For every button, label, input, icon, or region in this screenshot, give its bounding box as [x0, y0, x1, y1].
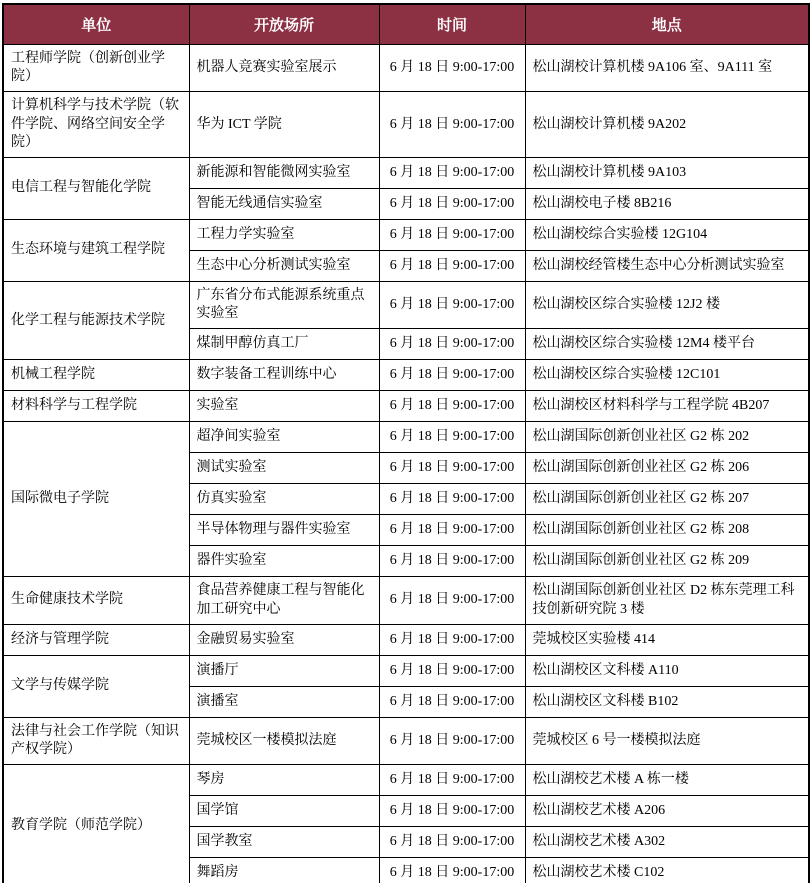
venue-cell: 智能无线通信实验室: [189, 188, 379, 219]
table-row: 教育学院（师范学院）琴房6 月 18 日 9:00-17:00松山湖校艺术楼 A…: [3, 765, 809, 796]
unit-cell: 文学与传媒学院: [3, 655, 189, 717]
time-cell: 6 月 18 日 9:00-17:00: [379, 624, 525, 655]
unit-cell: 工程师学院（创新创业学院）: [3, 45, 189, 92]
time-cell: 6 月 18 日 9:00-17:00: [379, 157, 525, 188]
location-cell: 松山湖校区综合实验楼 12C101: [525, 360, 809, 391]
unit-cell: 生态环境与建筑工程学院: [3, 219, 189, 281]
location-cell: 松山湖国际创新创业社区 G2 栋 209: [525, 546, 809, 577]
time-cell: 6 月 18 日 9:00-17:00: [379, 281, 525, 328]
header-cell-time: 时间: [379, 4, 525, 45]
location-cell: 松山湖校区综合实验楼 12J2 楼: [525, 281, 809, 328]
table-row: 生态环境与建筑工程学院工程力学实验室6 月 18 日 9:00-17:00松山湖…: [3, 219, 809, 250]
location-cell: 松山湖校计算机楼 9A202: [525, 92, 809, 158]
time-cell: 6 月 18 日 9:00-17:00: [379, 219, 525, 250]
location-cell: 松山湖校区文科楼 B102: [525, 686, 809, 717]
table-row: 国际微电子学院超净间实验室6 月 18 日 9:00-17:00松山湖国际创新创…: [3, 422, 809, 453]
venue-cell: 华为 ICT 学院: [189, 92, 379, 158]
time-cell: 6 月 18 日 9:00-17:00: [379, 45, 525, 92]
time-cell: 6 月 18 日 9:00-17:00: [379, 717, 525, 764]
unit-cell: 机械工程学院: [3, 360, 189, 391]
location-cell: 松山湖校计算机楼 9A106 室、9A111 室: [525, 45, 809, 92]
header-cell-location: 地点: [525, 4, 809, 45]
time-cell: 6 月 18 日 9:00-17:00: [379, 858, 525, 883]
unit-cell: 化学工程与能源技术学院: [3, 281, 189, 359]
location-cell: 松山湖国际创新创业社区 G2 栋 202: [525, 422, 809, 453]
venue-cell: 半导体物理与器件实验室: [189, 515, 379, 546]
location-cell: 松山湖国际创新创业社区 D2 栋东莞理工科技创新研究院 3 楼: [525, 577, 809, 624]
venue-cell: 超净间实验室: [189, 422, 379, 453]
table-row: 计算机科学与技术学院（软件学院、网络空间安全学院）华为 ICT 学院6 月 18…: [3, 92, 809, 158]
venue-cell: 国学教室: [189, 827, 379, 858]
table-row: 生命健康技术学院食品营养健康工程与智能化加工研究中心6 月 18 日 9:00-…: [3, 577, 809, 624]
venue-cell: 测试实验室: [189, 453, 379, 484]
page: 单位 开放场所 时间 地点 工程师学院（创新创业学院）机器人竞赛实验室展示6 月…: [0, 0, 810, 883]
time-cell: 6 月 18 日 9:00-17:00: [379, 360, 525, 391]
venue-cell: 实验室: [189, 391, 379, 422]
time-cell: 6 月 18 日 9:00-17:00: [379, 765, 525, 796]
location-cell: 松山湖校艺术楼 A 栋一楼: [525, 765, 809, 796]
unit-cell: 计算机科学与技术学院（软件学院、网络空间安全学院）: [3, 92, 189, 158]
unit-cell: 法律与社会工作学院（知识产权学院）: [3, 717, 189, 764]
time-cell: 6 月 18 日 9:00-17:00: [379, 655, 525, 686]
table-row: 法律与社会工作学院（知识产权学院）莞城校区一楼模拟法庭6 月 18 日 9:00…: [3, 717, 809, 764]
location-cell: 松山湖校经管楼生态中心分析测试实验室: [525, 250, 809, 281]
location-cell: 松山湖国际创新创业社区 G2 栋 207: [525, 484, 809, 515]
time-cell: 6 月 18 日 9:00-17:00: [379, 92, 525, 158]
location-cell: 松山湖校电子楼 8B216: [525, 188, 809, 219]
venue-cell: 金融贸易实验室: [189, 624, 379, 655]
location-cell: 松山湖校艺术楼 C102: [525, 858, 809, 883]
venue-cell: 新能源和智能微网实验室: [189, 157, 379, 188]
venue-cell: 煤制甲醇仿真工厂: [189, 329, 379, 360]
time-cell: 6 月 18 日 9:00-17:00: [379, 422, 525, 453]
time-cell: 6 月 18 日 9:00-17:00: [379, 188, 525, 219]
table-row: 材料科学与工程学院实验室6 月 18 日 9:00-17:00松山湖校区材料科学…: [3, 391, 809, 422]
time-cell: 6 月 18 日 9:00-17:00: [379, 484, 525, 515]
table-row: 文学与传媒学院演播厅6 月 18 日 9:00-17:00松山湖校区文科楼 A1…: [3, 655, 809, 686]
time-cell: 6 月 18 日 9:00-17:00: [379, 796, 525, 827]
table-body: 工程师学院（创新创业学院）机器人竞赛实验室展示6 月 18 日 9:00-17:…: [3, 45, 809, 883]
table-row: 机械工程学院数字装备工程训练中心6 月 18 日 9:00-17:00松山湖校区…: [3, 360, 809, 391]
time-cell: 6 月 18 日 9:00-17:00: [379, 250, 525, 281]
venue-cell: 仿真实验室: [189, 484, 379, 515]
time-cell: 6 月 18 日 9:00-17:00: [379, 329, 525, 360]
location-cell: 松山湖校综合实验楼 12G104: [525, 219, 809, 250]
time-cell: 6 月 18 日 9:00-17:00: [379, 453, 525, 484]
venue-cell: 演播室: [189, 686, 379, 717]
venue-cell: 器件实验室: [189, 546, 379, 577]
venue-cell: 广东省分布式能源系统重点实验室: [189, 281, 379, 328]
table-header: 单位 开放场所 时间 地点: [3, 4, 809, 45]
venue-cell: 工程力学实验室: [189, 219, 379, 250]
venue-cell: 生态中心分析测试实验室: [189, 250, 379, 281]
venue-cell: 机器人竞赛实验室展示: [189, 45, 379, 92]
location-cell: 松山湖校区文科楼 A110: [525, 655, 809, 686]
header-cell-unit: 单位: [3, 4, 189, 45]
venue-cell: 数字装备工程训练中心: [189, 360, 379, 391]
location-cell: 松山湖国际创新创业社区 G2 栋 206: [525, 453, 809, 484]
unit-cell: 国际微电子学院: [3, 422, 189, 577]
unit-cell: 教育学院（师范学院）: [3, 765, 189, 883]
location-cell: 松山湖校区综合实验楼 12M4 楼平台: [525, 329, 809, 360]
open-day-table: 单位 开放场所 时间 地点 工程师学院（创新创业学院）机器人竞赛实验室展示6 月…: [2, 3, 810, 883]
table-row: 工程师学院（创新创业学院）机器人竞赛实验室展示6 月 18 日 9:00-17:…: [3, 45, 809, 92]
table-row: 电信工程与智能化学院新能源和智能微网实验室6 月 18 日 9:00-17:00…: [3, 157, 809, 188]
venue-cell: 食品营养健康工程与智能化加工研究中心: [189, 577, 379, 624]
location-cell: 莞城校区实验楼 414: [525, 624, 809, 655]
table-row: 经济与管理学院金融贸易实验室6 月 18 日 9:00-17:00莞城校区实验楼…: [3, 624, 809, 655]
time-cell: 6 月 18 日 9:00-17:00: [379, 577, 525, 624]
table-row: 化学工程与能源技术学院广东省分布式能源系统重点实验室6 月 18 日 9:00-…: [3, 281, 809, 328]
time-cell: 6 月 18 日 9:00-17:00: [379, 391, 525, 422]
header-row: 单位 开放场所 时间 地点: [3, 4, 809, 45]
unit-cell: 材料科学与工程学院: [3, 391, 189, 422]
venue-cell: 国学馆: [189, 796, 379, 827]
venue-cell: 演播厅: [189, 655, 379, 686]
venue-cell: 琴房: [189, 765, 379, 796]
location-cell: 莞城校区 6 号一楼模拟法庭: [525, 717, 809, 764]
location-cell: 松山湖国际创新创业社区 G2 栋 208: [525, 515, 809, 546]
location-cell: 松山湖校艺术楼 A302: [525, 827, 809, 858]
venue-cell: 舞蹈房: [189, 858, 379, 883]
time-cell: 6 月 18 日 9:00-17:00: [379, 827, 525, 858]
location-cell: 松山湖校艺术楼 A206: [525, 796, 809, 827]
time-cell: 6 月 18 日 9:00-17:00: [379, 686, 525, 717]
unit-cell: 电信工程与智能化学院: [3, 157, 189, 219]
time-cell: 6 月 18 日 9:00-17:00: [379, 546, 525, 577]
header-cell-venue: 开放场所: [189, 4, 379, 45]
location-cell: 松山湖校计算机楼 9A103: [525, 157, 809, 188]
time-cell: 6 月 18 日 9:00-17:00: [379, 515, 525, 546]
location-cell: 松山湖校区材料科学与工程学院 4B207: [525, 391, 809, 422]
venue-cell: 莞城校区一楼模拟法庭: [189, 717, 379, 764]
unit-cell: 经济与管理学院: [3, 624, 189, 655]
unit-cell: 生命健康技术学院: [3, 577, 189, 624]
